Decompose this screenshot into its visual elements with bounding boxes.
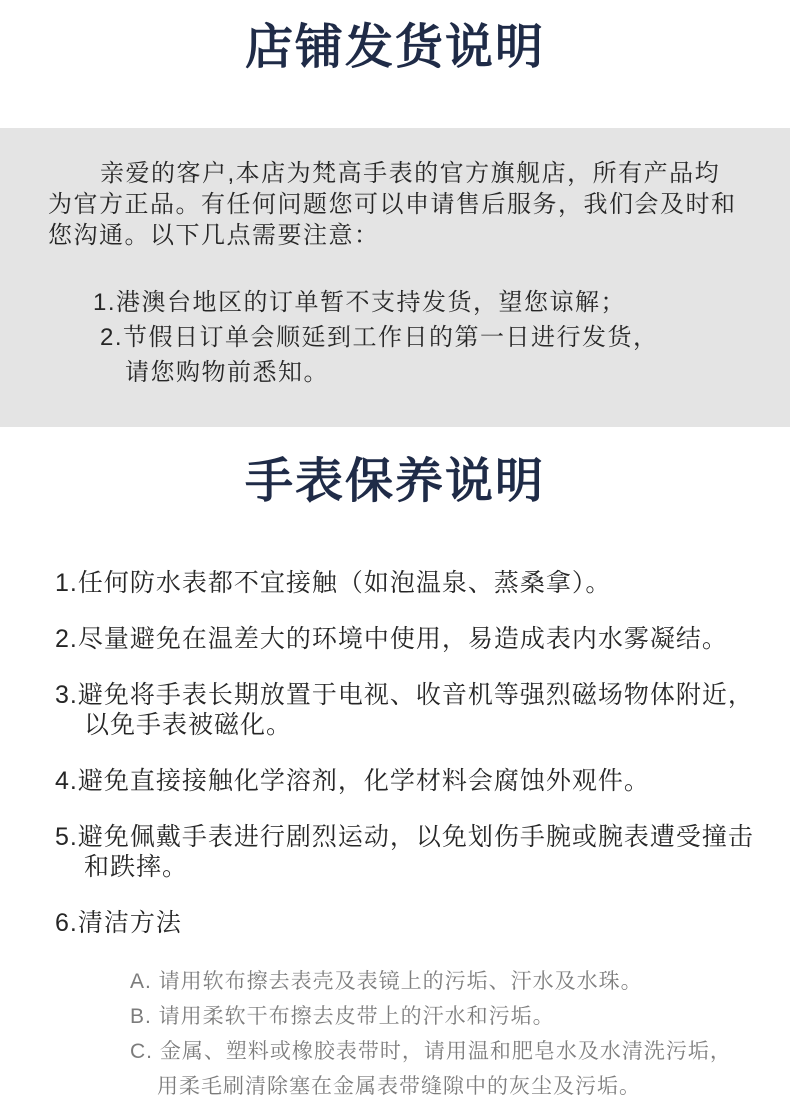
shipping-note-1: 1.港澳台地区的订单暂不支持发货，望您谅解； — [93, 285, 750, 320]
store-notice-page: 店铺发货说明 亲爱的客户,本店为梵高手表的官方旗舰店，所有产品均 为官方正品。有… — [0, 18, 790, 1104]
care-item-line: 和跌摔。 — [55, 852, 760, 882]
shipping-note-2-continued: 请您购物前悉知。 — [125, 355, 750, 390]
intro-line: 为官方正品。有任何问题您可以申请售后服务，我们会及时和 — [48, 189, 750, 220]
care-item-line: 1.任何防水表都不宜接触（如泡温泉、蒸桑拿）。 — [55, 568, 760, 598]
care-section-title: 手表保养说明 — [0, 452, 790, 512]
shipping-intro-paragraph: 亲爱的客户,本店为梵高手表的官方旗舰店，所有产品均 为官方正品。有任何问题您可以… — [48, 158, 750, 251]
cleaning-method-line: 用柔毛刷清除塞在金属表带缝隙中的灰尘及污垢。 — [130, 1069, 760, 1104]
shipping-notice-panel: 亲爱的客户,本店为梵高手表的官方旗舰店，所有产品均 为官方正品。有任何问题您可以… — [0, 128, 790, 427]
care-item-6: 6.清洁方法 — [55, 908, 760, 938]
care-item-line: 6.清洁方法 — [55, 908, 760, 938]
cleaning-method-line: A. 请用软布擦去表壳及表镜上的污垢、汗水及水珠。 — [130, 964, 760, 999]
intro-line: 您沟通。以下几点需要注意： — [48, 220, 750, 251]
cleaning-method-a: A. 请用软布擦去表壳及表镜上的污垢、汗水及水珠。 — [130, 964, 760, 999]
care-item-3: 3.避免将手表长期放置于电视、收音机等强烈磁场物体附近， 以免手表被磁化。 — [55, 680, 760, 740]
care-item-line: 5.避免佩戴手表进行剧烈运动，以免划伤手腕或腕表遭受撞击 — [55, 822, 760, 852]
shipping-section-title: 店铺发货说明 — [0, 18, 790, 78]
care-item-line: 3.避免将手表长期放置于电视、收音机等强烈磁场物体附近， — [55, 680, 760, 710]
shipping-note-2: 2.节假日订单会顺延到工作日的第一日进行发货， — [100, 320, 750, 355]
care-item-line: 4.避免直接接触化学溶剂，化学材料会腐蚀外观件。 — [55, 766, 760, 796]
care-item-2: 2.尽量避免在温差大的环境中使用，易造成表内水雾凝结。 — [55, 624, 760, 654]
care-item-line: 2.尽量避免在温差大的环境中使用，易造成表内水雾凝结。 — [55, 624, 760, 654]
care-instructions-list: 1.任何防水表都不宜接触（如泡温泉、蒸桑拿）。 2.尽量避免在温差大的环境中使用… — [55, 568, 760, 938]
cleaning-method-b: B. 请用柔软干布擦去皮带上的汗水和污垢。 — [130, 999, 760, 1034]
care-item-4: 4.避免直接接触化学溶剂，化学材料会腐蚀外观件。 — [55, 766, 760, 796]
cleaning-method-c: C. 金属、塑料或橡胶表带时，请用温和肥皂水及水清洗污垢， 用柔毛刷清除塞在金属… — [130, 1034, 760, 1104]
shipping-notes-list: 1.港澳台地区的订单暂不支持发货，望您谅解； 2.节假日订单会顺延到工作日的第一… — [48, 285, 750, 390]
cleaning-method-line: C. 金属、塑料或橡胶表带时，请用温和肥皂水及水清洗污垢， — [130, 1034, 760, 1069]
care-item-5: 5.避免佩戴手表进行剧烈运动，以免划伤手腕或腕表遭受撞击 和跌摔。 — [55, 822, 760, 882]
care-item-1: 1.任何防水表都不宜接触（如泡温泉、蒸桑拿）。 — [55, 568, 760, 598]
cleaning-method-line: B. 请用柔软干布擦去皮带上的汗水和污垢。 — [130, 999, 760, 1034]
care-item-line: 以免手表被磁化。 — [55, 710, 760, 740]
intro-line: 亲爱的客户,本店为梵高手表的官方旗舰店，所有产品均 — [48, 158, 750, 189]
cleaning-methods-list: A. 请用软布擦去表壳及表镜上的污垢、汗水及水珠。 B. 请用柔软干布擦去皮带上… — [130, 964, 760, 1104]
